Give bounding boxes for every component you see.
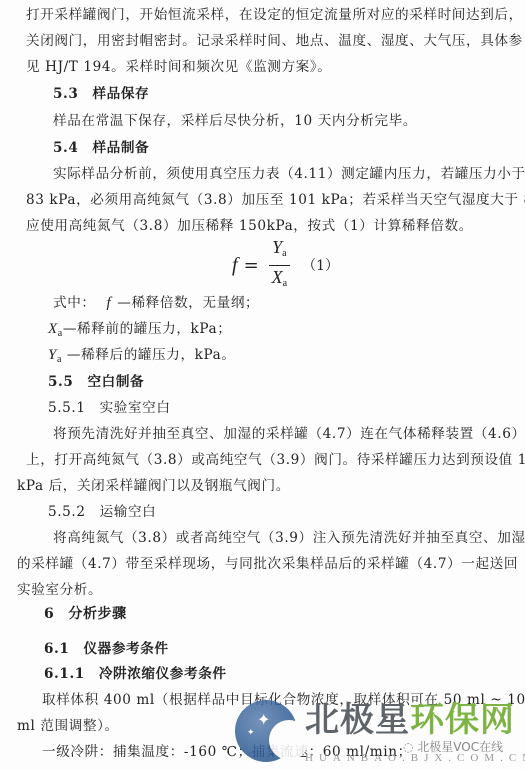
paragraph-line: ml 范围调整）。 <box>17 717 119 735</box>
paragraph-line: kPa 后，关闭采样罐阀门以及钢瓶气阀门。 <box>17 477 290 495</box>
paragraph-line: 一级冷阱：捕集温度：-160 ℃；捕集流速：60 ml/min； <box>42 743 412 761</box>
heading-number: 6 <box>44 605 54 623</box>
paragraph-line: 上，打开高纯氮气（3.8）或高纯空气（3.9）阀门。待采样罐压力达到预设值 10… <box>26 451 510 469</box>
watermark-wechat-label: ◌ 北极星VOC在线 <box>403 738 503 755</box>
paragraph-line: 83 kPa，必须用高纯氮气（3.8）加压至 101 kPa；若采样当天空气湿度… <box>26 191 510 209</box>
heading-5-5-1: 5.5.1实验室空白 <box>48 399 171 417</box>
var-f: f <box>107 295 112 311</box>
heading-title: 样品保存 <box>92 86 149 102</box>
heading-6-1: 6.1仪器参考条件 <box>44 640 169 658</box>
where-y-desc: —稀释后的罐压力，kPa。 <box>67 347 236 363</box>
paragraph-line: 取样体积 400 ml（根据样品中目标化合物浓度，取样体积可在 50 ml ~ … <box>42 691 510 709</box>
formula-equals: = <box>244 255 259 276</box>
paragraph-line: 应使用高纯氮气（3.8）加压稀释 150kPa，按式（1）计算稀释倍数。 <box>26 217 473 235</box>
var-x: Xa <box>48 321 63 337</box>
paragraph-line: 样品在常温下保存，采样后尽快分析，10 天内分析完毕。 <box>53 112 417 130</box>
formula-lhs: f <box>232 254 238 277</box>
numerator-var: Y <box>272 237 282 257</box>
paragraph-line: 将预先清洗好并抽至真空、加湿的采样罐（4.7）连在气体稀释装置（4.6） <box>53 425 510 443</box>
numerator-subscript: a <box>282 248 286 259</box>
heading-5-3: 5.3样品保存 <box>53 85 149 103</box>
formula-fraction: Ya Xa <box>269 237 290 294</box>
heading-title: 仪器参考条件 <box>83 641 168 657</box>
paragraph-line: 将高纯氮气（3.8）或者高纯空气（3.9）注入预先清洗好并抽至真空、加湿 <box>53 529 510 547</box>
document-page: 打开采样罐阀门，开始恒流采样，在设定的恒定流量所对应的采样时间达到后， 关闭阀门… <box>0 0 525 770</box>
heading-title: 样品制备 <box>92 140 149 156</box>
heading-title: 空白制备 <box>87 374 144 390</box>
paragraph-line: 实际样品分析前，须使用真空压力表（4.11）测定罐内压力，若罐压力小于 <box>53 165 510 183</box>
heading-title: 冷阱浓缩仪参考条件 <box>99 666 227 682</box>
where-x-line: Xa—稀释前的罐压力，kPa； <box>48 320 231 343</box>
paragraph-line: 关闭阀门，用密封帽密封。记录采样时间、地点、温度、湿度、大气压，具体参 <box>26 32 510 50</box>
var-y-letter: Y <box>48 347 57 363</box>
wechat-label-text: 北极星VOC在线 <box>417 740 503 754</box>
heading-6-1-1: 6.1.1冷阱浓缩仪参考条件 <box>44 665 227 683</box>
heading-5-4: 5.4样品制备 <box>53 139 149 157</box>
heading-number: 5.4 <box>53 139 78 157</box>
paragraph-line: 见 HJ/T 194。采样时间和频次见《监测方案》。 <box>26 58 331 76</box>
heading-number: 5.5.2 <box>48 503 86 521</box>
heading-number: 5.3 <box>53 85 78 103</box>
where-f-desc: —稀释倍数，无量纲； <box>117 295 259 311</box>
heading-6: 6分析步骤 <box>44 605 127 623</box>
dilution-formula: f = Ya Xa （1） <box>232 240 339 290</box>
heading-5-5-2: 5.5.2运输空白 <box>48 503 156 521</box>
heading-number: 6.1.1 <box>44 665 85 683</box>
formula-denominator: Xa <box>269 266 290 294</box>
paragraph-line: 实验室分析。 <box>17 581 102 599</box>
where-prefix: 式中： <box>53 295 96 311</box>
heading-5-5: 5.5空白制备 <box>48 373 144 391</box>
var-y: Ya <box>48 347 62 363</box>
heading-number: 5.5 <box>48 373 73 391</box>
denominator-var: X <box>272 267 283 287</box>
heading-title: 实验室空白 <box>100 400 171 416</box>
heading-title: 分析步骤 <box>68 606 126 622</box>
heading-number: 6.1 <box>44 640 69 658</box>
heading-title: 运输空白 <box>100 504 157 520</box>
formula-numerator: Ya <box>269 237 289 266</box>
paragraph-line: 打开采样罐阀门，开始恒流采样，在设定的恒定流量所对应的采样时间达到后， <box>26 6 510 24</box>
where-x-desc: —稀释前的罐压力，kPa； <box>63 321 232 337</box>
heading-number: 5.5.1 <box>48 399 86 417</box>
var-x-letter: X <box>48 321 58 337</box>
var-y-subscript: a <box>57 354 62 365</box>
where-f-line: 式中： f—稀释倍数，无量纲； <box>53 294 259 312</box>
where-y-line: Ya —稀释后的罐压力，kPa。 <box>48 346 236 369</box>
paragraph-line: 的采样罐（4.7）带至采样现场，与同批次采集样品后的采样罐（4.7）一起送回 <box>17 555 510 573</box>
equation-number: （1） <box>302 255 339 275</box>
denominator-subscript: a <box>283 278 287 289</box>
